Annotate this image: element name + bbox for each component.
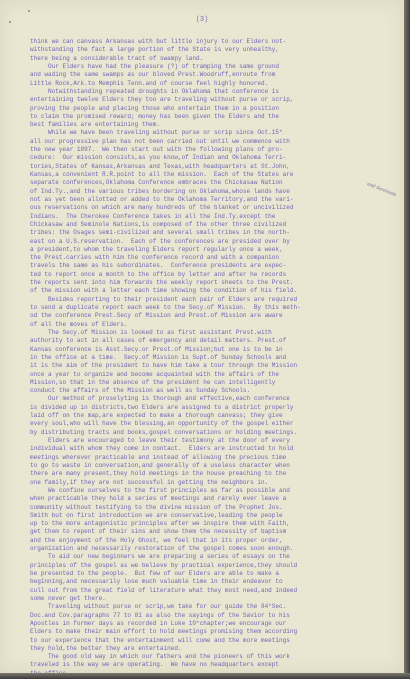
text-line: one family,if they are not successful in… — [30, 479, 392, 487]
text-line: organization and necessarily restoration… — [30, 545, 392, 553]
text-line: every soul,who will have the blessing,an… — [30, 420, 392, 428]
text-line: not as yet been allotted or added to the… — [30, 196, 392, 204]
text-line: Chickasaw and Seminole Nations,is compos… — [30, 221, 392, 229]
text-line: tories,States of Kansas,Arkansas and Tex… — [30, 163, 392, 171]
text-line: community without testifying to the divi… — [30, 504, 392, 512]
text-line: Mission,so that in the absence of the pr… — [30, 379, 392, 387]
text-line: Elders to make their main effort to hold… — [30, 628, 392, 636]
text-line: ous reservations on which are many hundr… — [30, 204, 392, 212]
text-line: east on a U.S.reservation. Each of the c… — [30, 238, 392, 246]
text-line: of Ind.Ty.,and the various tribes border… — [30, 188, 392, 196]
text-line: it is the aim of the president to have h… — [30, 362, 392, 370]
text-line: some never get there. — [30, 595, 392, 603]
text-line: cedure: Our mission consists,as you know… — [30, 154, 392, 162]
text-line: think we can canvass Arkansas with but l… — [30, 38, 392, 46]
text-line: laid off on the map,are expected to make… — [30, 412, 392, 420]
ink-speck — [28, 10, 30, 12]
text-line: Notwithstanding repeated droughts in Okl… — [30, 88, 392, 96]
text-line: principles of the gospel as we believe b… — [30, 562, 392, 570]
text-line: Kansas,a convenient R.R.point to all the… — [30, 171, 392, 179]
text-line: by distributing tracts and books,gospel … — [30, 429, 392, 437]
text-line: separate conferences,Oklahoma Conference… — [30, 179, 392, 187]
text-line: to our experience that the entertainment… — [30, 637, 392, 645]
text-line: in the office at a time. Secy.of Mission… — [30, 354, 392, 362]
text-line: proving the people and placing those who… — [30, 105, 392, 113]
text-line: od the conference Prest.Secy of Mission … — [30, 312, 392, 320]
text-line: The good old way in which our fathers an… — [30, 653, 392, 661]
text-line: ted to report once a month to the office… — [30, 271, 392, 279]
text-line: authority to act in all cases of emergen… — [30, 337, 392, 345]
typewritten-body: think we can canvass Arkansas with but l… — [30, 38, 392, 678]
text-line: entertaining twelve Elders they too are … — [30, 96, 392, 104]
text-line: Smith but on first introduction we are c… — [30, 512, 392, 520]
text-line: tribes: the Osages semi-civilized and se… — [30, 229, 392, 237]
text-line: the reports sent into him forwards the w… — [30, 279, 392, 287]
text-line: Kansas conference is Asst.Secy.or Prest.… — [30, 346, 392, 354]
text-line: traveled is the way we are operating. We… — [30, 661, 392, 669]
text-line: The Secy.of Mission is looked to as firs… — [30, 329, 392, 337]
text-line: To aid our new beginners we are preparin… — [30, 553, 392, 561]
text-line: best families are entertaining them. — [30, 121, 392, 129]
text-line: of the mission with a letter each time s… — [30, 287, 392, 295]
text-line: Our method of proselyting is thorough an… — [30, 395, 392, 403]
text-line: travels the same as his subordinates. Co… — [30, 262, 392, 270]
text-line: cull out from the great field of literat… — [30, 587, 392, 595]
text-line: a president,to whom the traveling Elders… — [30, 246, 392, 254]
text-line: all our progressive plan has not been ca… — [30, 138, 392, 146]
scan-border-bottom — [0, 673, 410, 679]
text-line: there are many present,they hold meeting… — [30, 470, 392, 478]
text-line: there being a considerable tract of swam… — [30, 55, 392, 63]
text-line: be presented to the people. But few of o… — [30, 570, 392, 578]
text-line: when practicable they hold a series of m… — [30, 495, 392, 503]
text-line: and the enjoyment of the Holy Ghost, we … — [30, 537, 392, 545]
text-line: We confine ourselves to the first princi… — [30, 487, 392, 495]
text-line: withstanding the fact a large portion of… — [30, 46, 392, 54]
text-line: Traveling without purse or scrip,we take… — [30, 603, 392, 611]
text-line: to send a duplicate report each week to … — [30, 304, 392, 312]
text-line: is divided up in districts,two Elders ar… — [30, 404, 392, 412]
text-line: of all the moves of Elders. — [30, 321, 392, 329]
text-line: they hold,the better they are entertaine… — [30, 645, 392, 653]
text-line: Elders are encouraged to leave their tes… — [30, 437, 392, 445]
text-line: individual with whom they come in contac… — [30, 445, 392, 453]
text-line: and wading the same swamps as our bloved… — [30, 71, 392, 79]
text-line: Apostles in former days as recorded in L… — [30, 620, 392, 628]
text-line: conduct the affairs of the Mission as we… — [30, 387, 392, 395]
text-line: While we have been traveling without pur… — [30, 129, 392, 137]
text-line: Little Rock,Ark.to Memphis Tenn.and of c… — [30, 80, 392, 88]
text-line: Besides reporting to their president eac… — [30, 296, 392, 304]
text-line: Doc.and Cov.paragraphs 77 to 81 as also … — [30, 612, 392, 620]
text-line: up to the more antagonistic principles a… — [30, 520, 392, 528]
text-line: once a year to organize and become acqua… — [30, 371, 392, 379]
text-line: to go to waste in conversation,and gener… — [30, 462, 392, 470]
text-line: the new year 1897. We then start out wit… — [30, 146, 392, 154]
text-line: beginning,and necessarily lose much valu… — [30, 578, 392, 586]
text-line: Indians. The Cherokee Conference takes i… — [30, 213, 392, 221]
scan-border-right — [404, 0, 410, 679]
text-line: to claim the promised reward; money has … — [30, 113, 392, 121]
page-number: (3) — [0, 16, 404, 24]
text-line: get them to repent of their sins and sho… — [30, 528, 392, 536]
text-line: Our Elders have had the pleasure (?) of … — [30, 63, 392, 71]
document-page: (3) think we can canvass Arkansas with b… — [0, 0, 404, 673]
text-line: meetings wherever practicable and instea… — [30, 454, 392, 462]
text-line: the Prest.carries with him the conferenc… — [30, 254, 392, 262]
